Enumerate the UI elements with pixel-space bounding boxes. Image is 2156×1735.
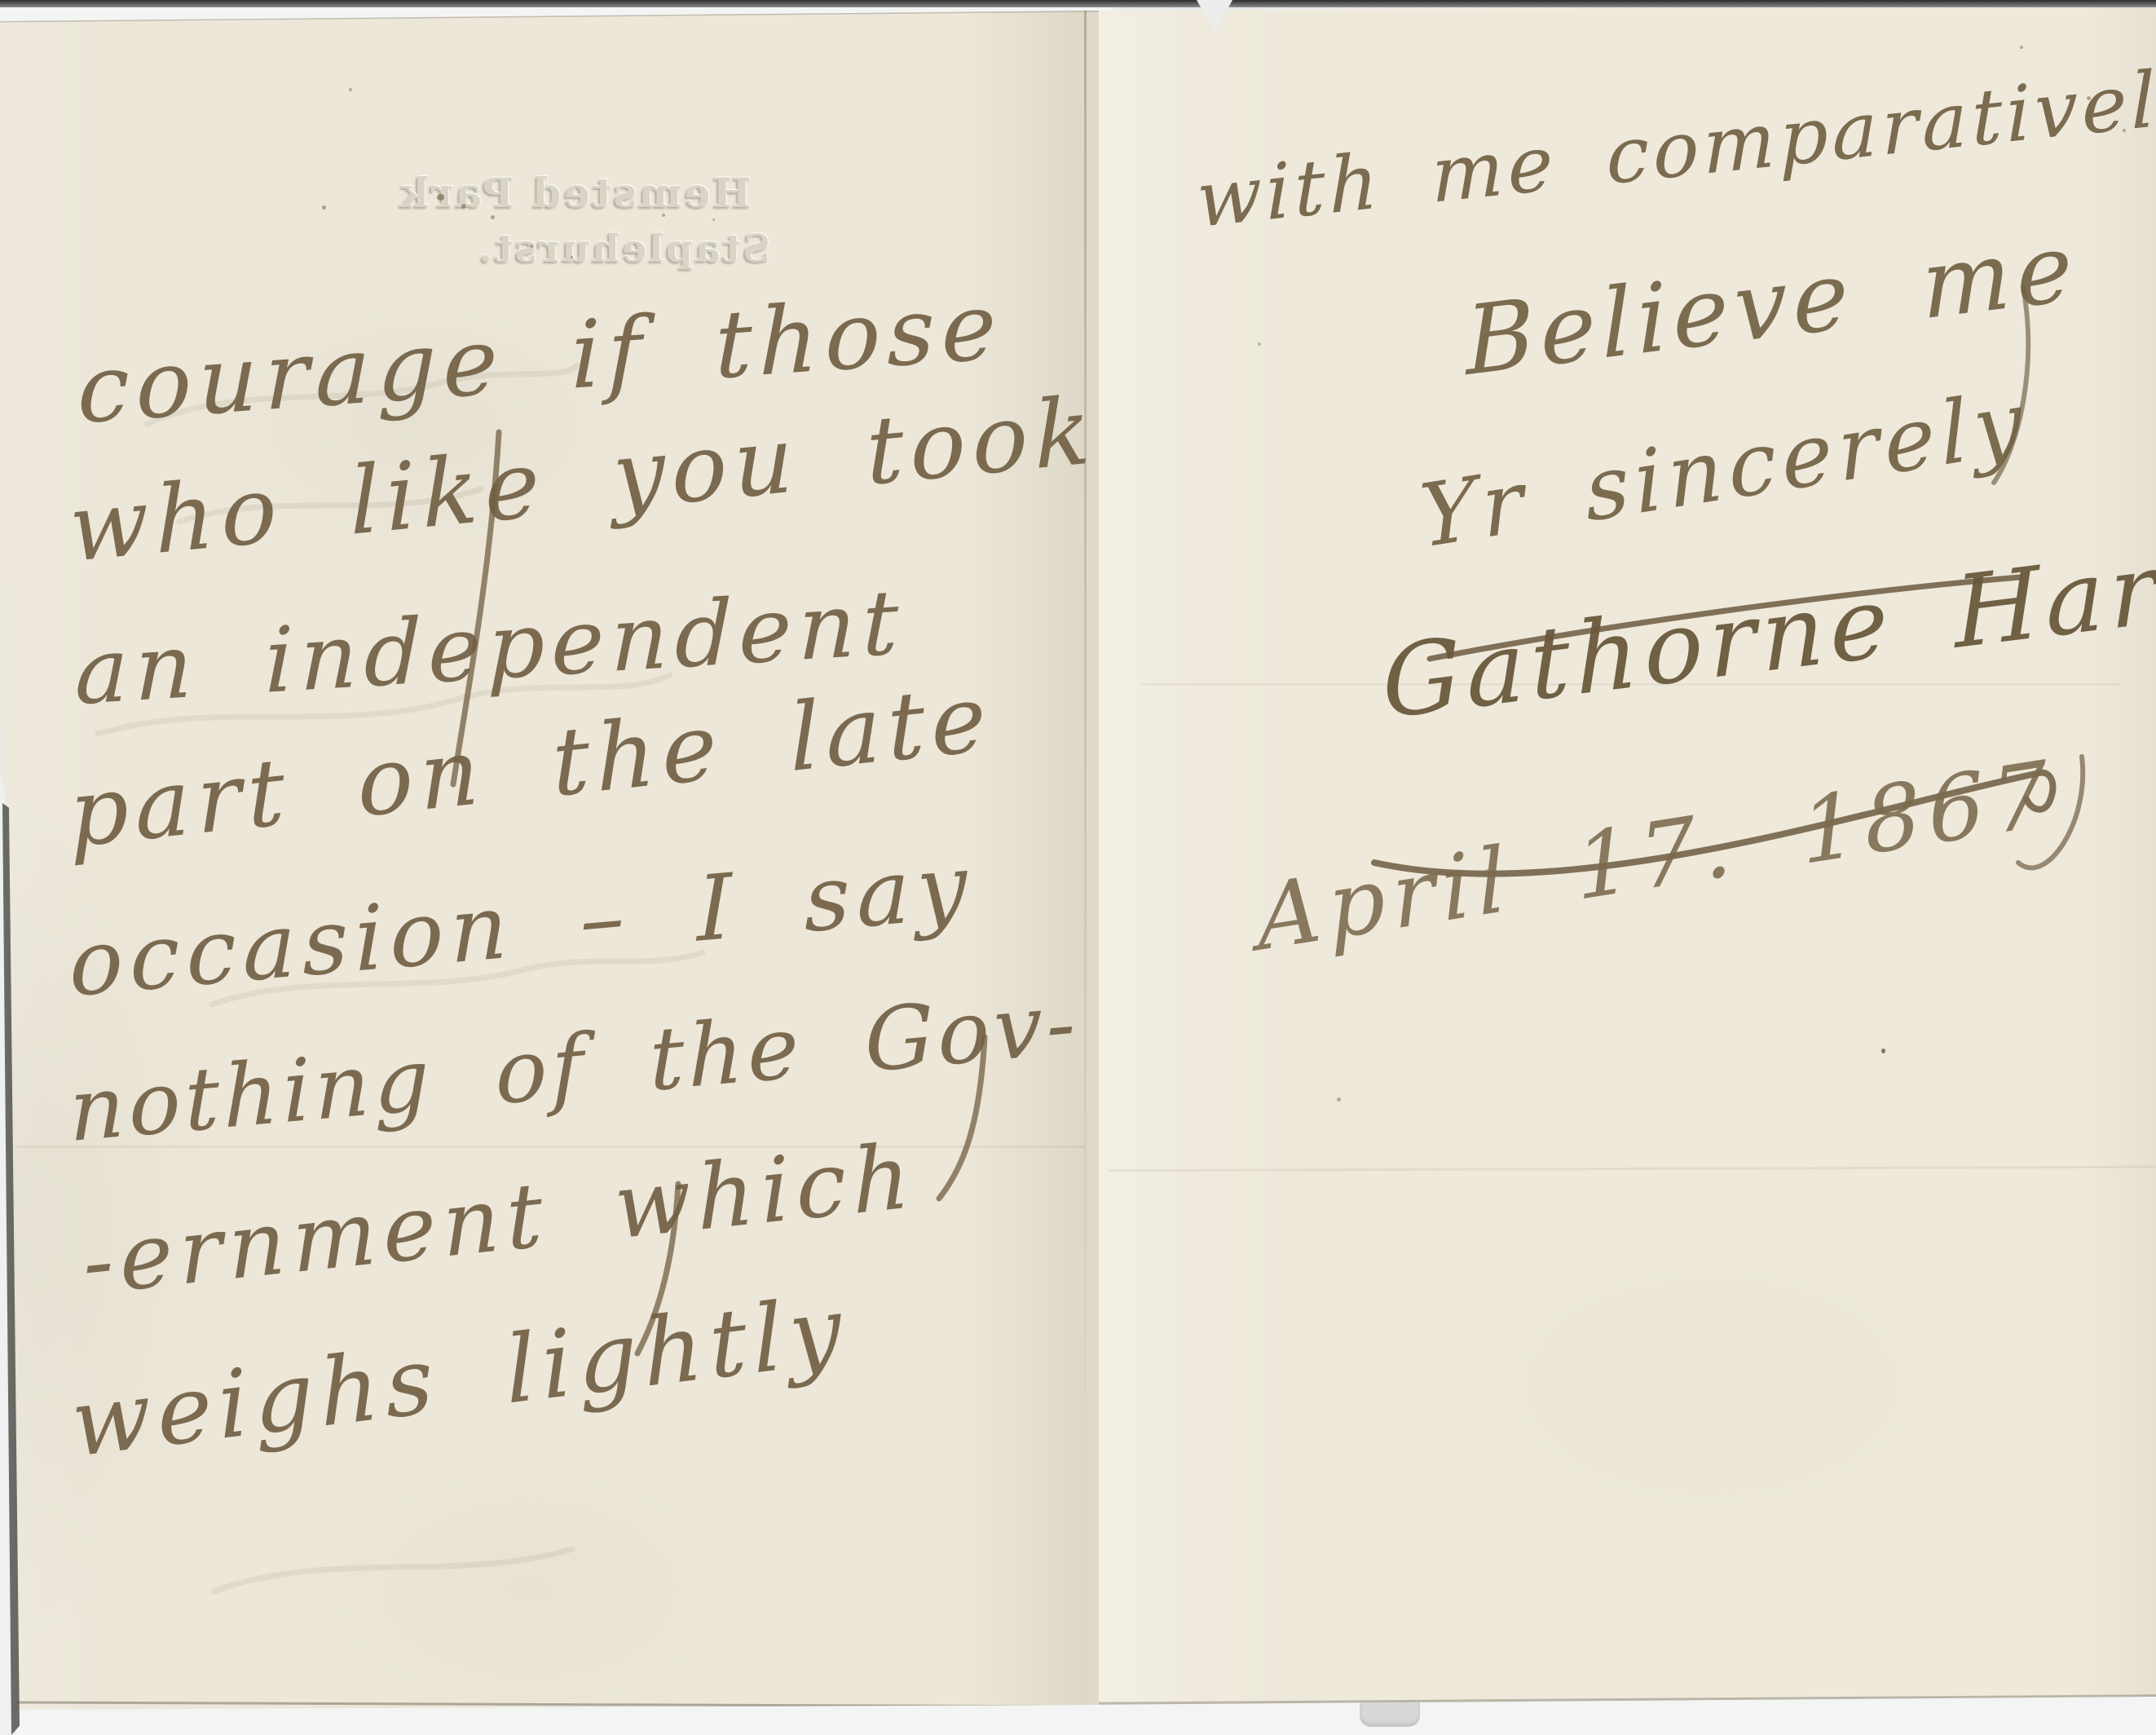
scanned-letter-spread: Hemsted Park Staplehurst. courage if tho… — [0, 0, 2156, 1735]
ink-speck — [437, 194, 444, 201]
ink-speck — [530, 245, 533, 248]
ink-speck — [491, 215, 495, 219]
ink-speck — [461, 204, 466, 209]
ink-speck — [2123, 129, 2126, 132]
ink-speck — [712, 219, 715, 221]
ink-speck — [349, 88, 352, 91]
ink-speck — [1881, 1049, 1885, 1053]
ink-speck — [1337, 1097, 1341, 1101]
scanner-edge-strip — [0, 0, 2156, 7]
ink-speck — [2087, 96, 2091, 100]
ink-speck — [1485, 869, 1488, 872]
ink-speck — [2020, 46, 2023, 49]
ink-speck — [662, 214, 665, 217]
ink-speck — [322, 205, 326, 210]
ink-speck — [571, 256, 573, 258]
ink-speck — [1258, 342, 1261, 346]
